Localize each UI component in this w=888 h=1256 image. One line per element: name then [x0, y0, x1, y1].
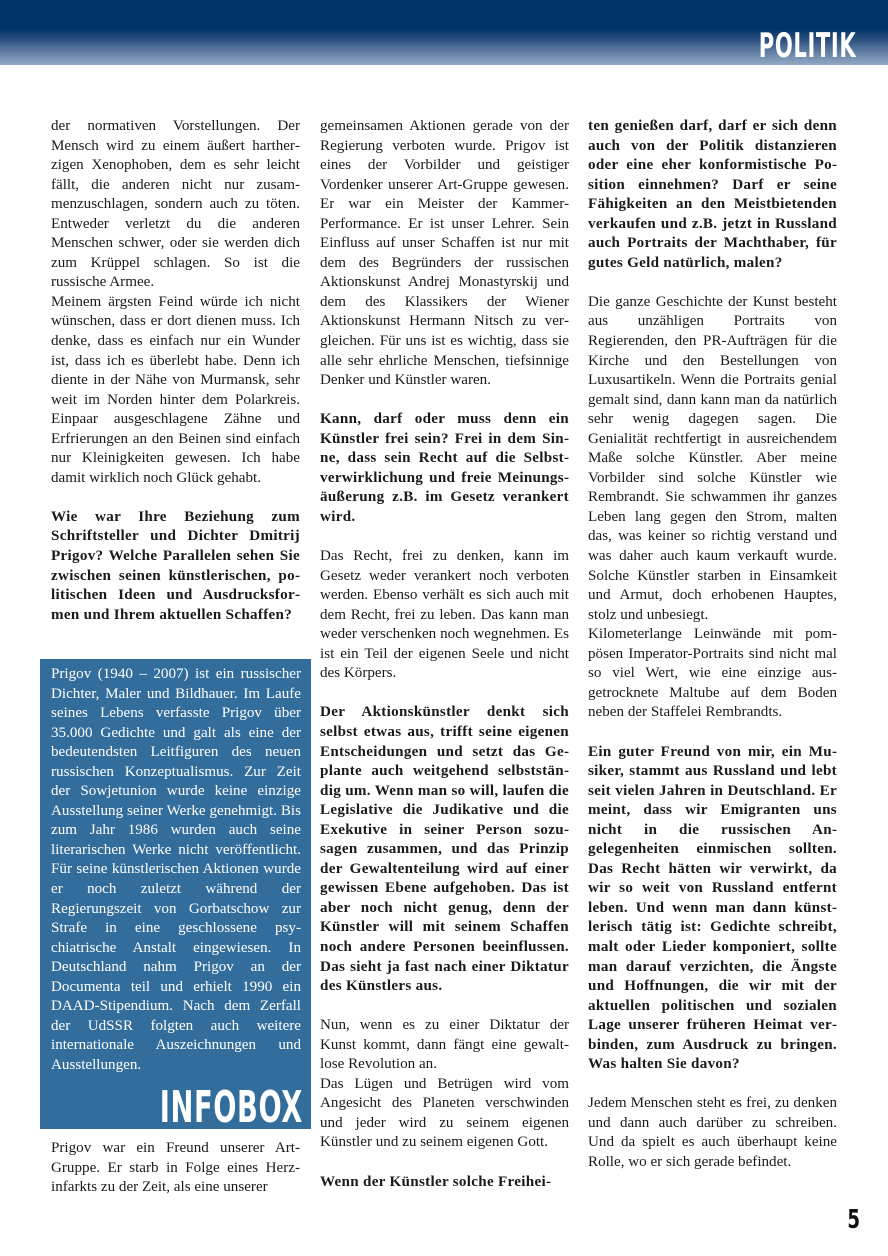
infobox: Prigov (1940 – 2007) ist ein russischer … — [40, 659, 311, 1129]
body-paragraph: Prigov war ein Freund unserer Art-Gruppe… — [51, 1139, 300, 1198]
body-paragraph: Die ganze Geschichte der Kunst be­steht … — [588, 293, 837, 625]
interview-question: Kann, darf oder muss denn ein Künstler f… — [320, 410, 569, 527]
body-paragraph: Nun, wenn es zu einer Diktatur der Kunst… — [320, 1016, 569, 1075]
column-2: gemeinsamen Aktionen gerade von der Regi… — [320, 117, 569, 1192]
section-title: POLITIK — [758, 27, 856, 65]
body-paragraph: Das Recht, frei zu denken, kann im Geset… — [320, 547, 569, 684]
body-paragraph: Meinem ärgsten Feind würde ich nicht wün… — [51, 293, 300, 488]
header-banner: POLITIK — [0, 0, 888, 65]
column-1: der normativen Vorstellungen. Der Mensch… — [51, 117, 300, 625]
column-3: ten genießen darf, darf er sich denn auc… — [588, 117, 837, 1173]
infobox-text: Prigov (1940 – 2007) ist ein russischer … — [51, 665, 301, 1075]
interview-question: Wie war Ihre Beziehung zum Schriftstelle… — [51, 508, 300, 625]
body-paragraph: Das Lügen und Betrügen wird vom Angesich… — [320, 1075, 569, 1153]
body-paragraph: gemeinsamen Aktionen gerade von der Regi… — [320, 117, 569, 391]
body-paragraph: der normativen Vorstellungen. Der Mensch… — [51, 117, 300, 293]
interview-question: Ein guter Freund von mir, ein Mu­siker, … — [588, 743, 837, 1075]
page-number: 5 — [847, 1206, 860, 1234]
interview-question: Der Aktionskünstler denkt sich selbst et… — [320, 703, 569, 996]
interview-question: Wenn der Künstler solche Freihei- — [320, 1173, 569, 1193]
infobox-label: INFOBOX — [160, 1085, 303, 1131]
body-paragraph: Kilometerlange Leinwände mit pom­pösen I… — [588, 625, 837, 723]
interview-question: ten genießen darf, darf er sich denn auc… — [588, 117, 837, 273]
body-paragraph: Jedem Menschen steht es frei, zu den­ken… — [588, 1094, 837, 1172]
